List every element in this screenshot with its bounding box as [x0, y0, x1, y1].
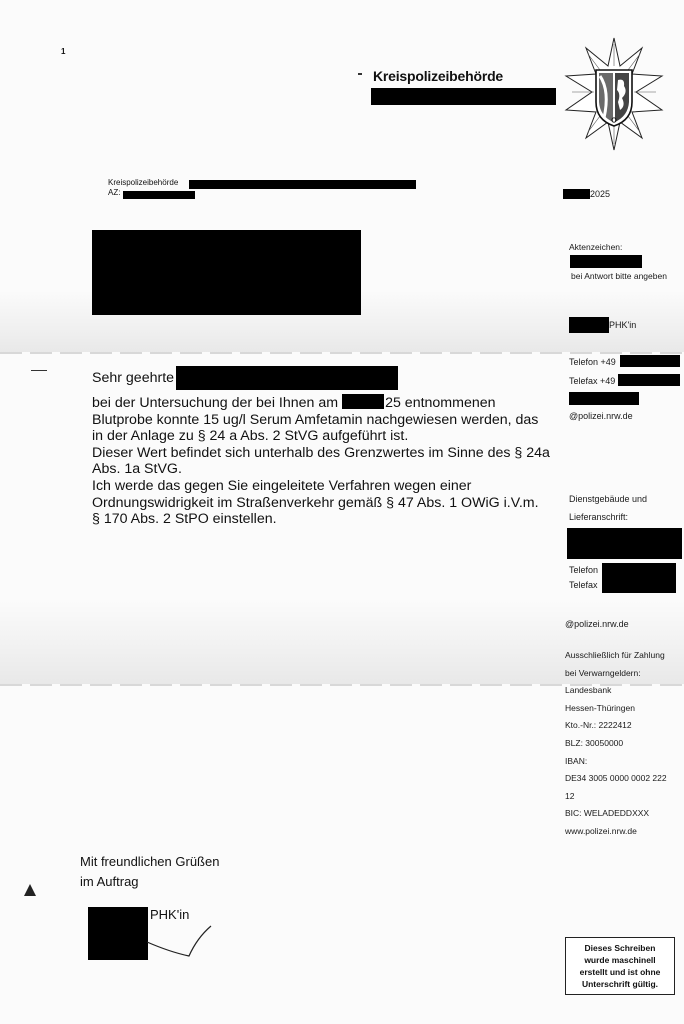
body-line: Ich werde das gegen Sie eingeleitete Ver… [92, 478, 562, 495]
redacted-authority-location [371, 88, 556, 105]
redacted-az-number [123, 191, 195, 199]
body-line-1: bei der Untersuchung der bei Ihnen am25 … [92, 394, 562, 412]
website: www.polizei.nrw.de [565, 823, 684, 841]
iban-label: IBAN: [565, 753, 684, 771]
header-tick-mark [358, 73, 362, 75]
authority-name: Kreispolizeibehörde [373, 68, 503, 84]
building-telefon-label: Telefon [569, 564, 598, 576]
building-label-2: Lieferanschrift: [569, 511, 628, 523]
margin-dash [31, 370, 47, 371]
body-line: Abs. 1a StVG. [92, 461, 562, 478]
payment-line: bei Verwarngeldern: [565, 665, 684, 683]
closing-greeting: Mit freundlichen Grüßen [80, 852, 219, 872]
redacted-telefon-number [620, 355, 680, 367]
body-line: Blutprobe konnte 15 ug/l Serum Amfetamin… [92, 412, 562, 429]
telefon-label: Telefon +49 [569, 356, 616, 368]
letter-date-year: 2025 [590, 188, 610, 200]
bank-name: Hessen-Thüringen [565, 700, 684, 718]
payment-line: Ausschließlich für Zahlung [565, 647, 684, 665]
iban-value-cont: 12 [565, 788, 684, 806]
blz: BLZ: 30050000 [565, 735, 684, 753]
building-email-domain: @polizei.nrw.de [565, 618, 629, 630]
redacted-date [563, 189, 590, 199]
closing-on-behalf: im Auftrag [80, 872, 219, 892]
salutation-text: Sehr geehrte [92, 370, 174, 386]
redacted-recipient-name [176, 366, 398, 390]
iban-value: DE34 3005 0000 0002 222 [565, 770, 684, 788]
redacted-email-user [569, 392, 639, 405]
redacted-building-address [567, 528, 682, 559]
building-telefax-label: Telefax [569, 579, 598, 591]
bic: BIC: WELADEDDXXX [565, 805, 684, 823]
closing-block: Mit freundlichen Grüßen im Auftrag [80, 852, 219, 892]
az-label: AZ: [108, 188, 120, 197]
machine-generated-notice: Dieses Schreiben wurde maschinell erstel… [565, 937, 675, 995]
sender-authority: Kreispolizeibehörde [108, 178, 178, 187]
aktenzeichen-label: Aktenzeichen: [569, 241, 622, 253]
payment-info: Ausschließlich für Zahlung bei Verwarnge… [565, 647, 684, 841]
signature-stroke [145, 920, 215, 965]
redacted-telefax-number [618, 374, 680, 386]
redacted-officer-name [569, 317, 609, 333]
redacted-sender-address [189, 180, 416, 189]
page-number: 1 [61, 47, 65, 56]
officer-title: PHK'in [609, 319, 636, 331]
police-star-emblem-icon [562, 36, 666, 152]
body-line: Dieser Wert befindet sich unterhalb des … [92, 445, 562, 462]
body-line: § 170 Abs. 2 StPO einstellen. [92, 511, 562, 528]
body-line: Ordnungswidrigkeit im Straßenverkehr gem… [92, 495, 562, 512]
redacted-aktenzeichen [570, 255, 642, 268]
bank-name: Landesbank [565, 682, 684, 700]
aktenzeichen-note: bei Antwort bitte angeben [571, 270, 667, 282]
body-line: in der Anlage zu § 24 a Abs. 2 StVG aufg… [92, 428, 562, 445]
redacted-recipient-address [92, 230, 361, 315]
account-number: Kto.-Nr.: 2222412 [565, 717, 684, 735]
telefax-label: Telefax +49 [569, 375, 615, 387]
margin-mark [24, 884, 36, 896]
redacted-building-phone-fax [602, 563, 676, 593]
letter-body: bei der Untersuchung der bei Ihnen am25 … [92, 394, 562, 528]
paper-fold-line-top [0, 352, 684, 354]
redacted-signer-name [88, 907, 148, 960]
redacted-sample-date [342, 394, 384, 409]
email-domain: @polizei.nrw.de [569, 410, 633, 422]
building-label-1: Dienstgebäude und [569, 493, 647, 505]
